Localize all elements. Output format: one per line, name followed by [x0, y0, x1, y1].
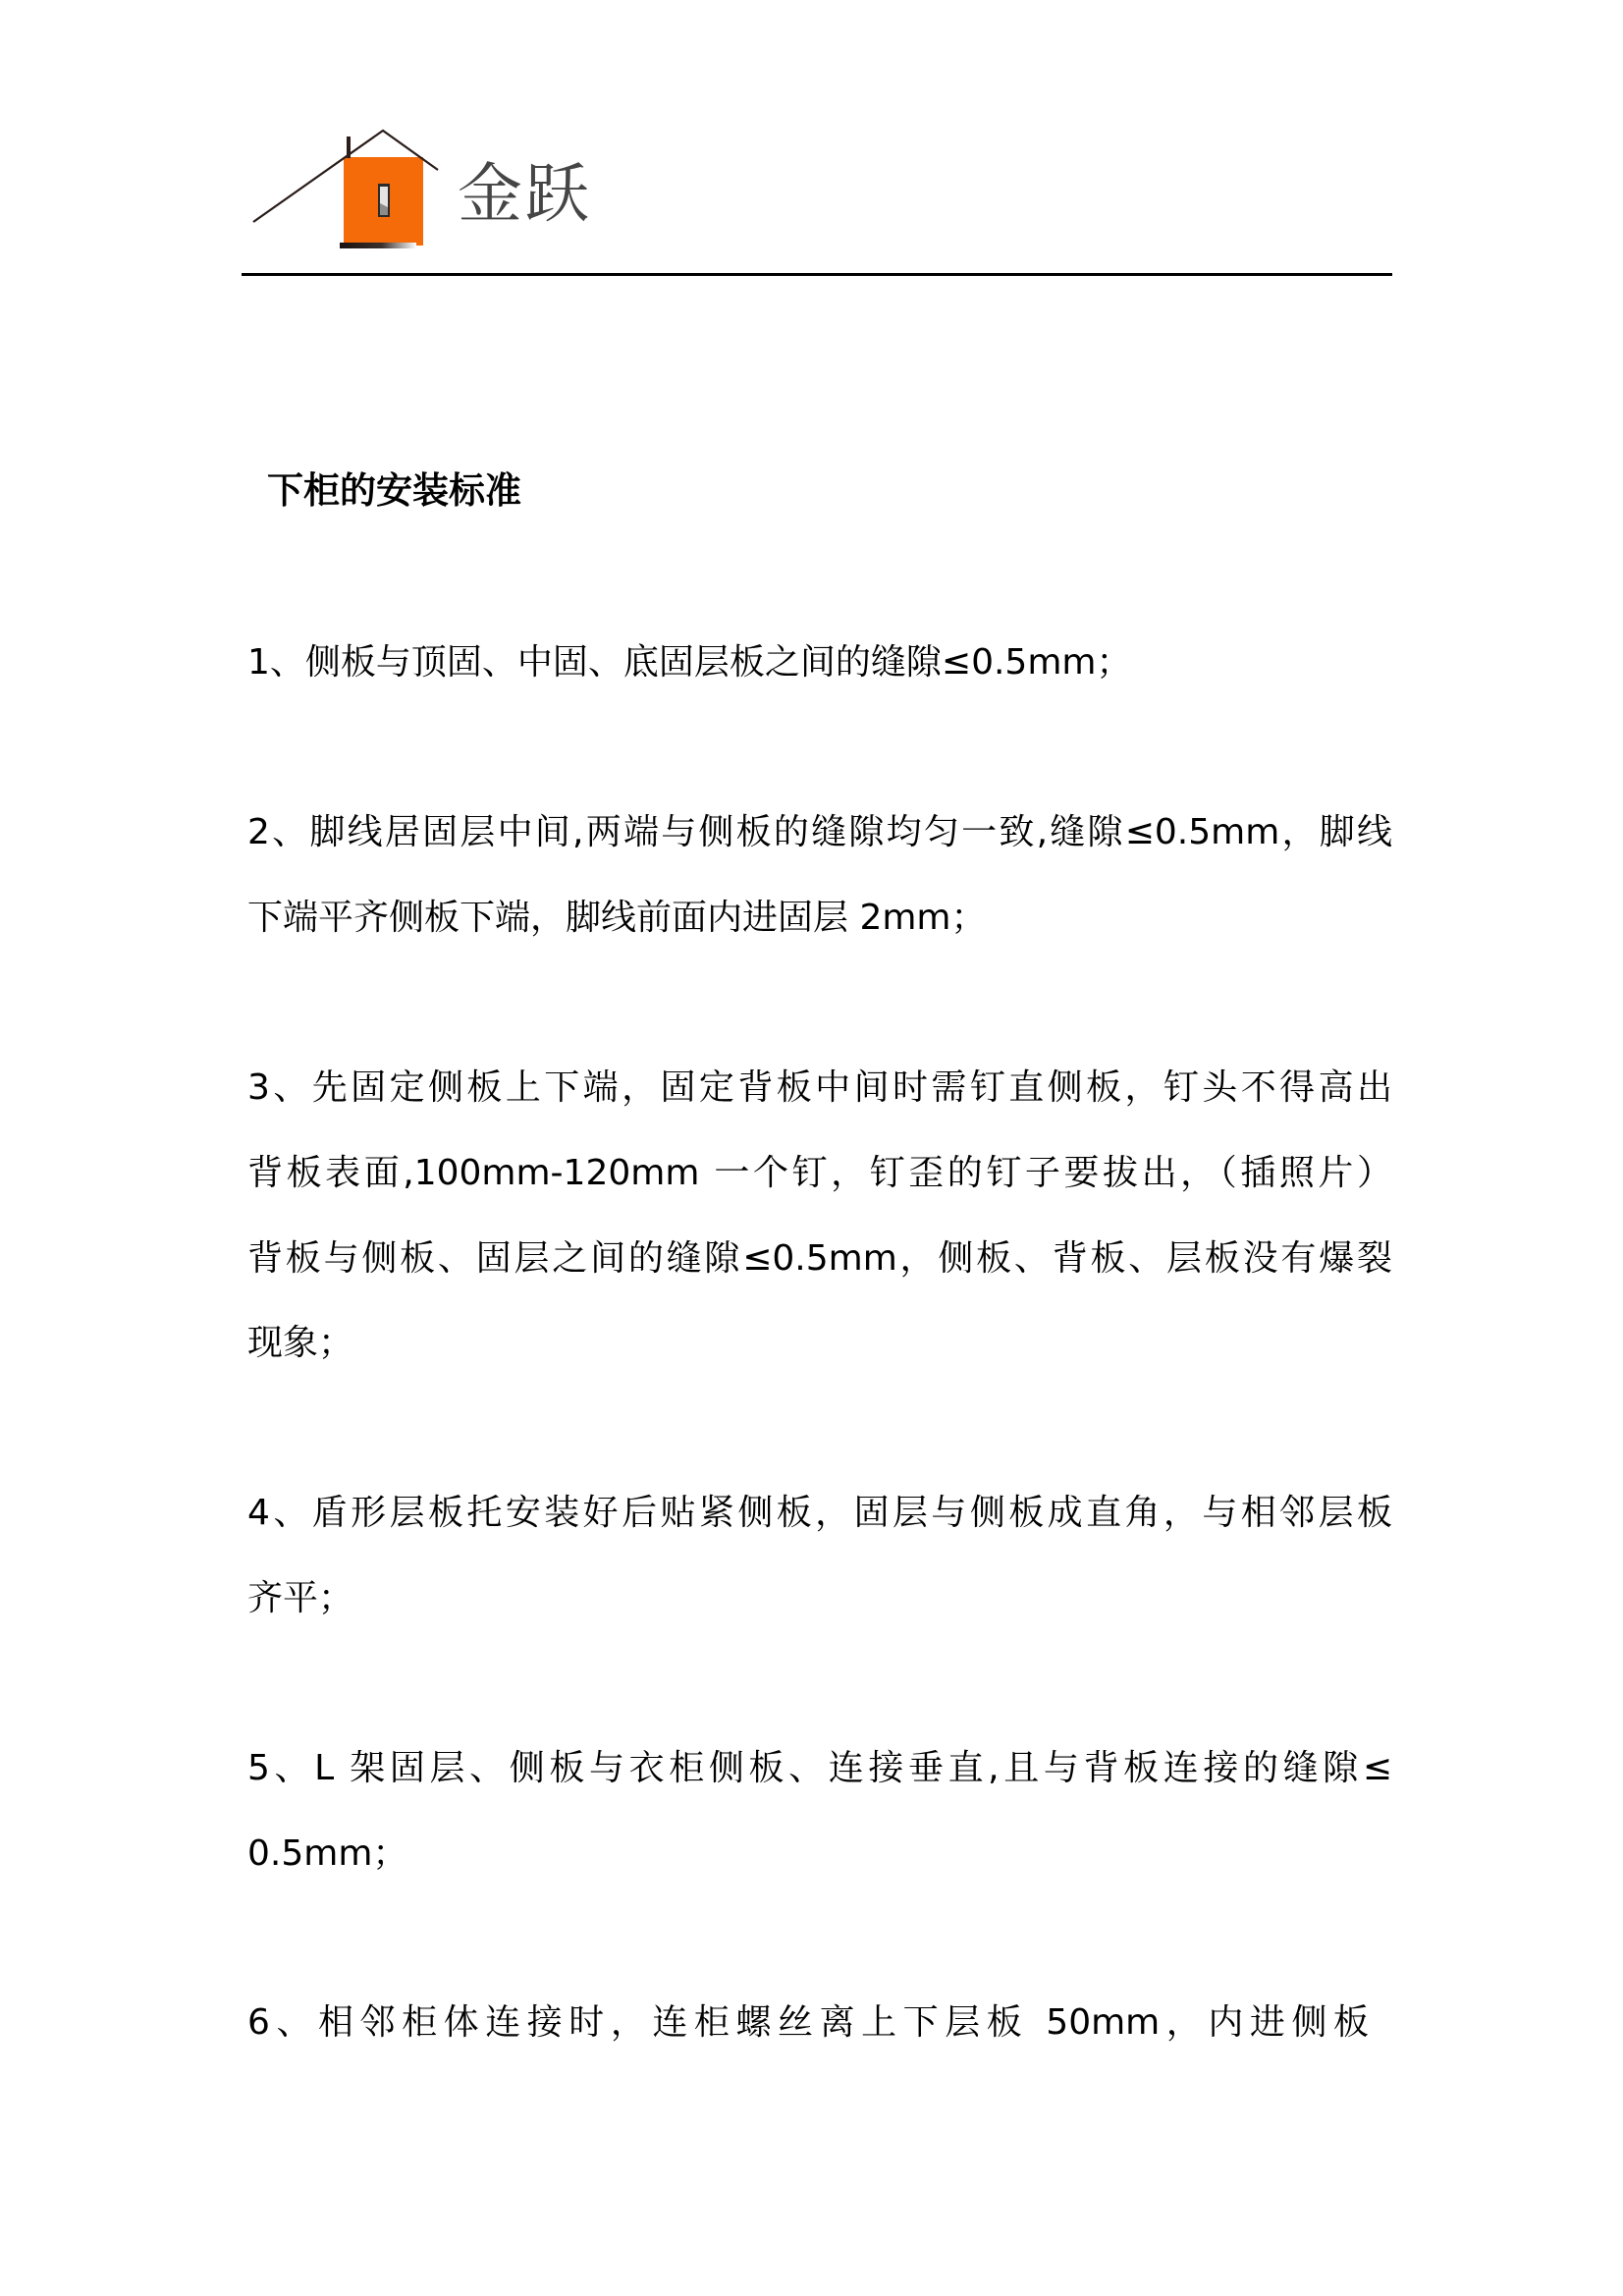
item-line: 4、盾形层板托安装好后贴紧侧板，固层与侧板成直角，与相邻层板: [247, 1492, 1392, 1535]
item-line: 5、L 架固层、侧板与衣柜侧板、连接垂直,且与背板连接的缝隙≤: [247, 1747, 1392, 1790]
item-line: 2、脚线居固层中间,两端与侧板的缝隙均匀一致,缝隙≤0.5mm，脚线: [247, 811, 1392, 854]
page-title: 下柜的安装标准: [267, 469, 521, 513]
item-line: 下端平齐侧板下端，脚线前面内进固层 2mm；: [247, 897, 1392, 940]
item-line: 1、侧板与顶固、中固、底固层板之间的缝隙≤0.5mm；: [247, 641, 1392, 684]
item-line: 3、先固定侧板上下端，固定背板中间时需钉直侧板，钉头不得高出: [247, 1066, 1392, 1110]
document-header: 金跃: [0, 0, 1623, 285]
item-line: 齐平；: [247, 1577, 1392, 1620]
item-line: 背板与侧板、固层之间的缝隙≤0.5mm，侧板、背板、层板没有爆裂: [247, 1237, 1392, 1281]
house-logo-icon: [245, 123, 452, 255]
header-divider: [242, 273, 1392, 276]
item-line: 6、相邻柜体连接时，连柜螺丝离上下层板 50mm，内进侧板: [247, 2001, 1369, 2045]
item-line: 背板表面,100mm-120mm 一个钉，钉歪的钉子要拔出，（插照片）: [247, 1152, 1392, 1195]
item-line: 0.5mm；: [247, 1832, 1392, 1876]
item-line: 现象；: [247, 1322, 1392, 1365]
brand-name: 金跃: [458, 147, 591, 242]
